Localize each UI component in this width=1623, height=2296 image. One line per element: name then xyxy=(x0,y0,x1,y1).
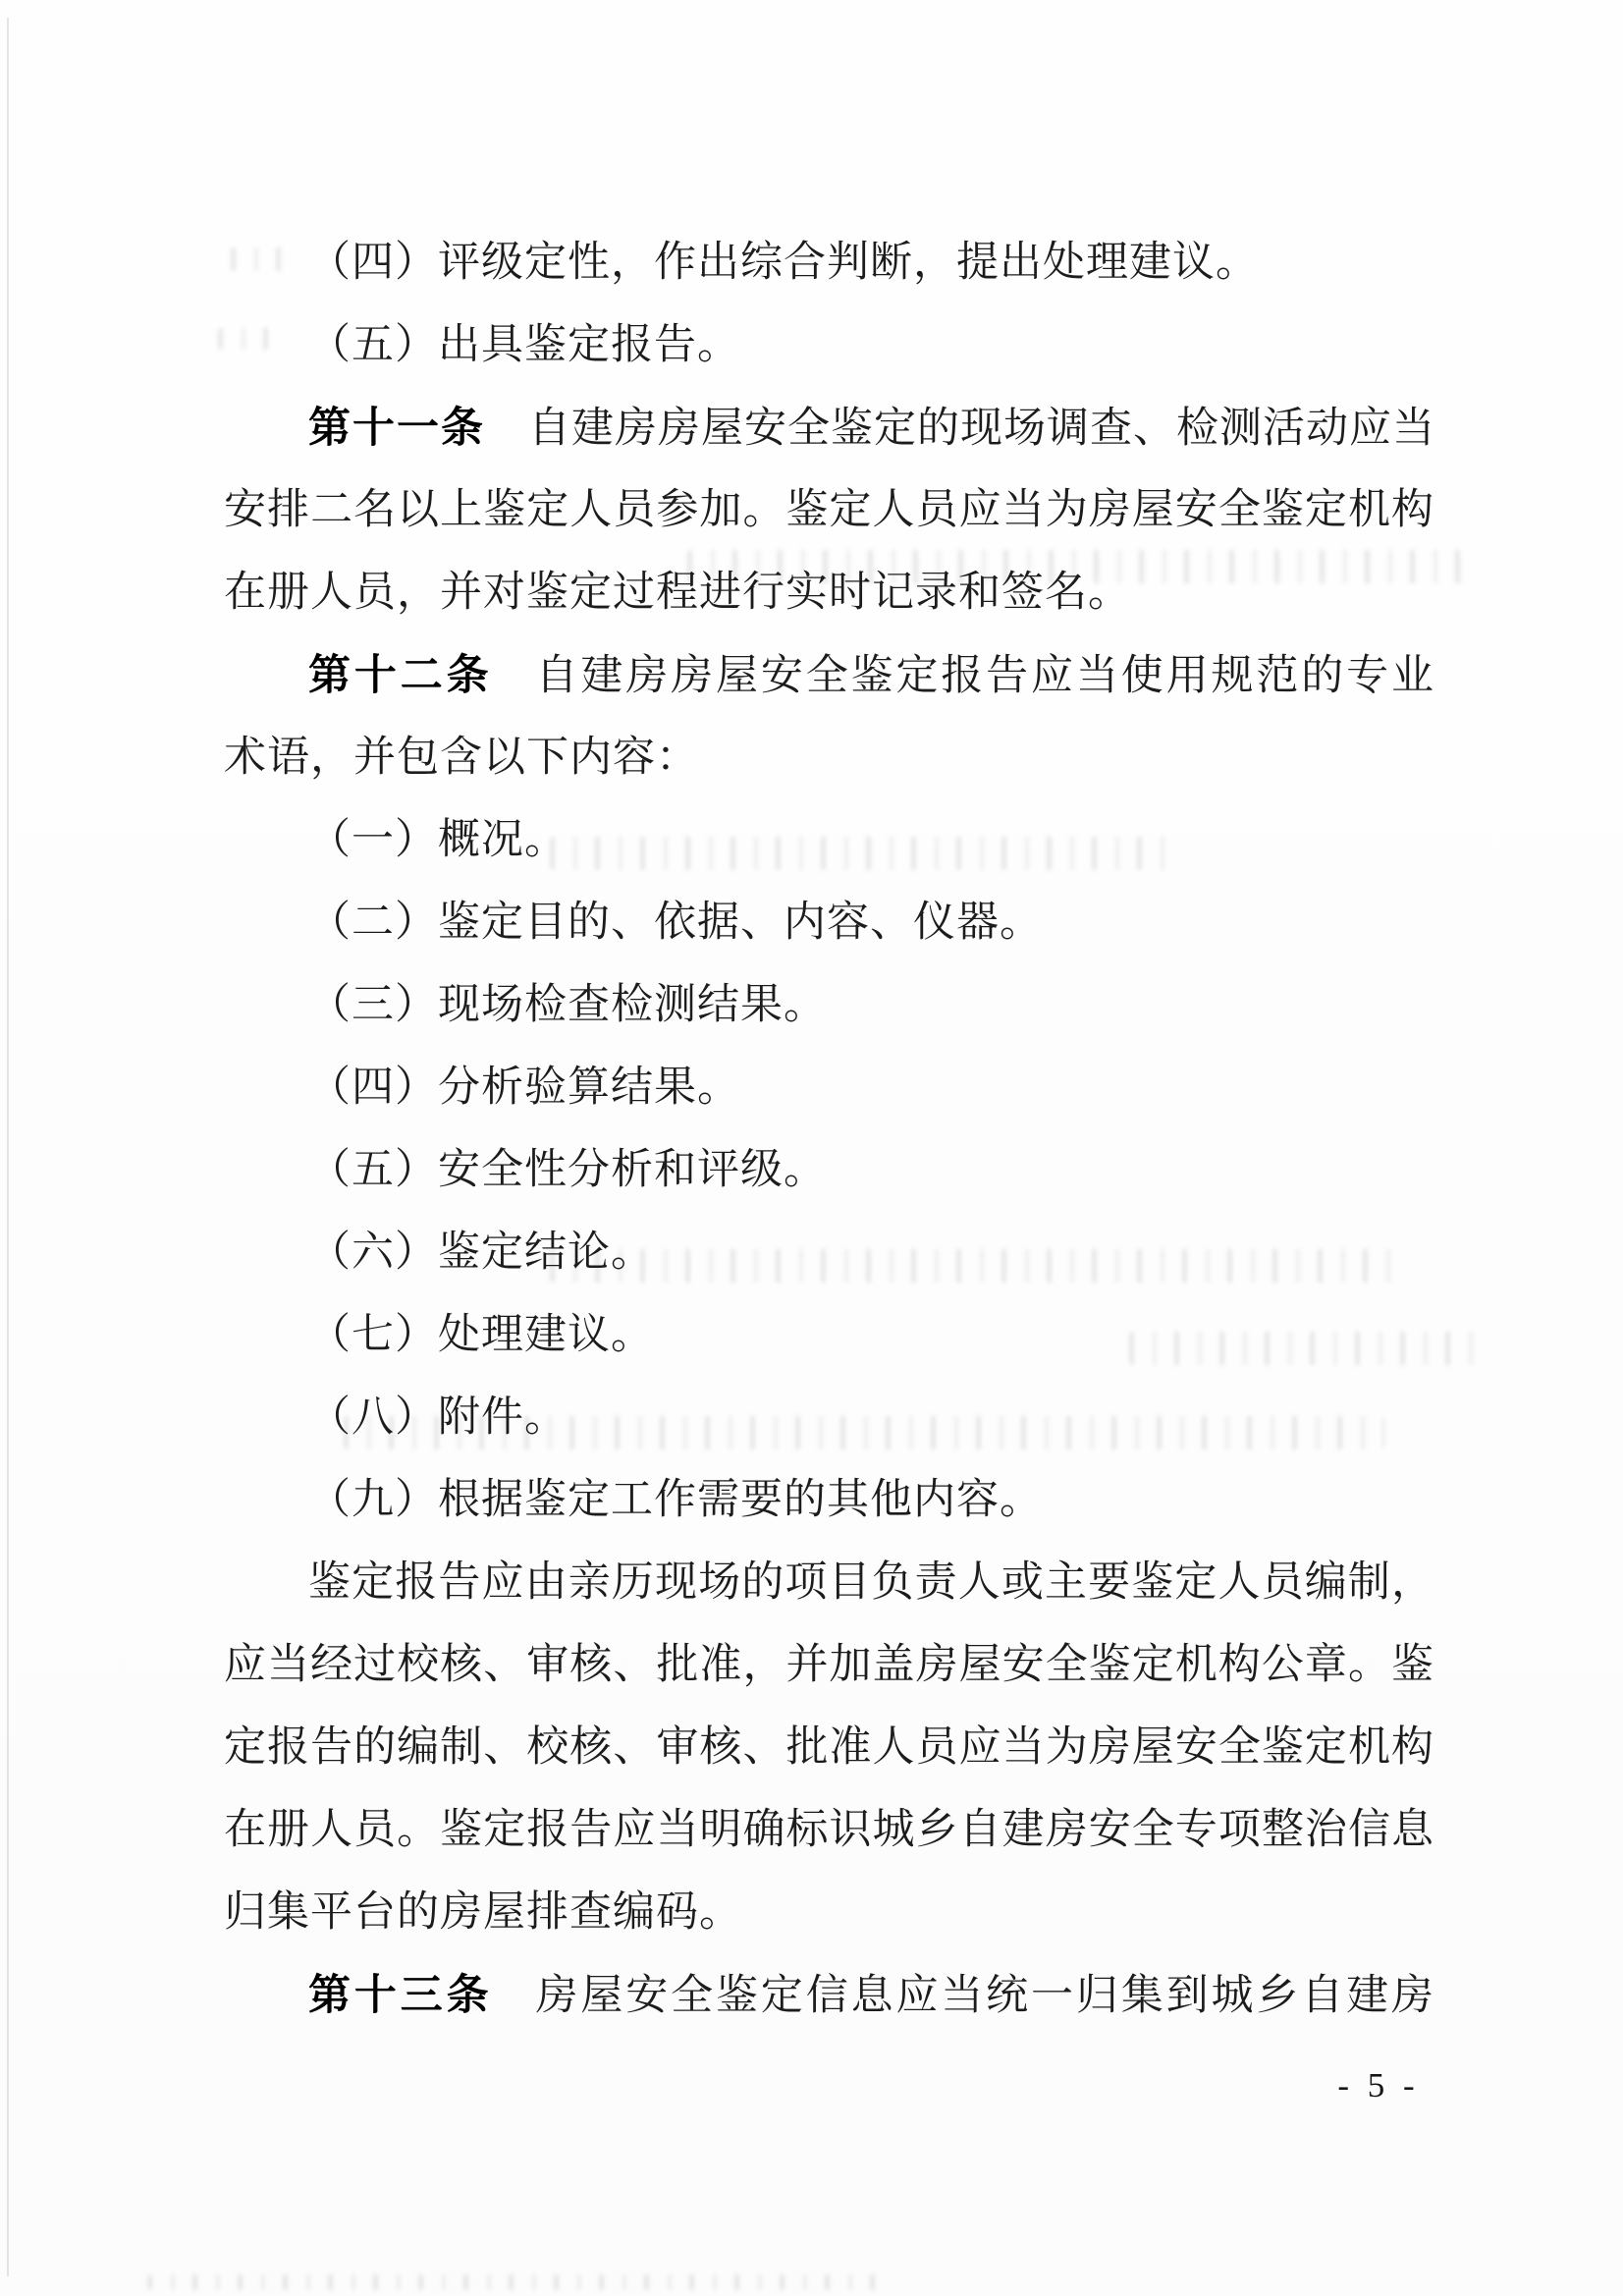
line-text: （五）出具鉴定报告。 xyxy=(308,322,740,368)
article-number: 第十三条 xyxy=(308,1972,492,2019)
scan-edge-line xyxy=(7,18,9,2276)
list-item-line: （九）根据鉴定工作需要的其他内容。 xyxy=(224,1459,1434,1542)
line-text: 房屋安全鉴定信息应当统一归集到城乡自建房 xyxy=(535,1973,1434,2019)
page-number: - 5 - xyxy=(1314,2066,1443,2105)
list-item-line: （八）附件。 xyxy=(224,1377,1434,1459)
line-text: （一）概况。 xyxy=(308,817,568,863)
text-line: 定报告的编制、校核、审核、批准人员应当为房屋安全鉴定机构 xyxy=(224,1707,1434,1789)
document-body: （四）评级定性，作出综合判断，提出处理建议。 （五）出具鉴定报告。 第十一条自建… xyxy=(224,222,1434,2037)
article-heading-line: 第十三条房屋安全鉴定信息应当统一归集到城乡自建房 xyxy=(224,1954,1434,2037)
list-item-line: （一）概况。 xyxy=(224,799,1434,882)
line-text: （五）安全性分析和评级。 xyxy=(308,1147,827,1193)
line-text: （三）现场检查检测结果。 xyxy=(308,982,827,1028)
list-item-line: （三）现场检查检测结果。 xyxy=(224,964,1434,1047)
scanned-document-page: （四）评级定性，作出综合判断，提出处理建议。 （五）出具鉴定报告。 第十一条自建… xyxy=(0,0,1623,2296)
text-line: 在册人员。鉴定报告应当明确标识城乡自建房安全专项整治信息 xyxy=(224,1789,1434,1872)
line-text: （九）根据鉴定工作需要的其他内容。 xyxy=(308,1477,1043,1523)
article-number: 第十二条 xyxy=(308,652,492,699)
text-line: 在册人员，并对鉴定过程进行实时记录和签名。 xyxy=(224,552,1434,634)
line-text: 安排二名以上鉴定人员参加。鉴定人员应当为房屋安全鉴定机构 xyxy=(224,487,1434,533)
line-text: 归集平台的房屋排查编码。 xyxy=(224,1889,742,1936)
line-text: 自建房房屋安全鉴定报告应当使用规范的专业 xyxy=(535,653,1434,699)
list-item-line: （二）鉴定目的、依据、内容、仪器。 xyxy=(224,882,1434,964)
list-item-line: （四）分析验算结果。 xyxy=(224,1047,1434,1129)
list-item-line: （五）出具鉴定报告。 xyxy=(224,304,1434,387)
text-line: 安排二名以上鉴定人员参加。鉴定人员应当为房屋安全鉴定机构 xyxy=(224,469,1434,552)
text-line: 鉴定报告应由亲历现场的项目负责人或主要鉴定人员编制， xyxy=(224,1542,1434,1624)
line-text: 鉴定报告应由亲历现场的项目负责人或主要鉴定人员编制， xyxy=(308,1559,1434,1606)
list-item-line: （四）评级定性，作出综合判断，提出处理建议。 xyxy=(224,222,1434,304)
article-heading-line: 第十二条自建房房屋安全鉴定报告应当使用规范的专业 xyxy=(224,634,1434,717)
article-number: 第十一条 xyxy=(308,405,485,452)
line-text: （四）评级定性，作出综合判断，提出处理建议。 xyxy=(308,240,1259,286)
line-text: 在册人员。鉴定报告应当明确标识城乡自建房安全专项整治信息 xyxy=(224,1807,1434,1853)
line-text: （二）鉴定目的、依据、内容、仪器。 xyxy=(308,900,1043,946)
line-text: （八）附件。 xyxy=(308,1394,568,1441)
text-line: 归集平台的房屋排查编码。 xyxy=(224,1872,1434,1954)
line-text: （七）处理建议。 xyxy=(308,1312,654,1358)
list-item-line: （六）鉴定结论。 xyxy=(224,1212,1434,1294)
article-heading-line: 第十一条自建房房屋安全鉴定的现场调查、检测活动应当 xyxy=(224,387,1434,469)
list-item-line: （五）安全性分析和评级。 xyxy=(224,1129,1434,1212)
scan-artifact xyxy=(147,2274,893,2290)
line-text: 在册人员，并对鉴定过程进行实时记录和签名。 xyxy=(224,570,1131,616)
line-text: 术语，并包含以下内容： xyxy=(224,735,699,781)
line-text: （四）分析验算结果。 xyxy=(308,1065,740,1111)
line-text: （六）鉴定结论。 xyxy=(308,1230,654,1276)
line-text: 应当经过校核、审核、批准，并加盖房屋安全鉴定机构公章。鉴 xyxy=(224,1642,1434,1688)
text-line: 应当经过校核、审核、批准，并加盖房屋安全鉴定机构公章。鉴 xyxy=(224,1624,1434,1707)
line-text: 定报告的编制、校核、审核、批准人员应当为房屋安全鉴定机构 xyxy=(224,1724,1434,1771)
list-item-line: （七）处理建议。 xyxy=(224,1294,1434,1377)
text-line: 术语，并包含以下内容： xyxy=(224,717,1434,799)
line-text: 自建房房屋安全鉴定的现场调查、检测活动应当 xyxy=(528,406,1435,452)
